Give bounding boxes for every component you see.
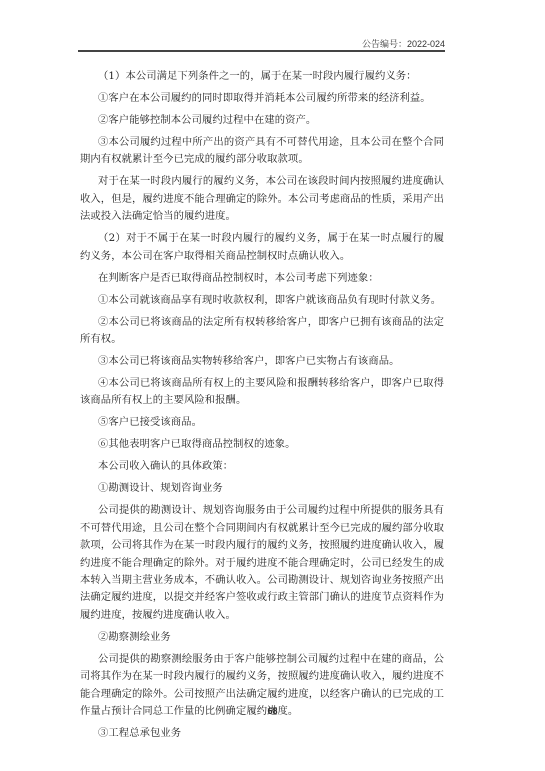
paragraph-item: ①本公司就该商品享有现时收款权利，即客户就该商品负有现时付款义务。 <box>80 292 444 309</box>
paragraph-text: 对于在某一时段内履行的履约义务，本公司在该段时间内按照履约进度确认收入，但是，履… <box>80 173 444 225</box>
paragraph-item: ⑥其他表明客户已取得商品控制权的迹象。 <box>80 436 444 453</box>
paragraph-text: 在判断客户是否已取得商品控制权时，本公司考虑下列迹象： <box>80 270 444 287</box>
page-number: 68 <box>0 706 545 716</box>
paragraph-item: ②本公司已将该商品的法定所有权转移给客户，即客户已拥有该商品的法定所有权。 <box>80 314 444 349</box>
section-heading: ①勘测设计、规划咨询业务 <box>80 480 444 497</box>
paragraph-text: 公司提供的勘测设计、规划咨询服务由于公司履约过程中所提供的服务具有不可替代用途，… <box>80 502 444 624</box>
paragraph-item: ③本公司已将该商品实物转移给客户，即客户已实物占有该商品。 <box>80 353 444 370</box>
document-number-header: 公告编号：2022-024 <box>78 37 445 50</box>
paragraph-item: ⑤客户已接受该商品。 <box>80 414 444 431</box>
paragraph-text: 本公司收入确认的具体政策： <box>80 458 444 475</box>
paragraph-condition-2: （2）对于不属于在某一时段内履行的履约义务，属于在某一时点履行的履约义务，本公司… <box>80 230 444 265</box>
paragraph-item: ②客户能够控制本公司履约过程中在建的资产。 <box>80 112 444 129</box>
section-heading: ③工程总承包业务 <box>80 725 444 742</box>
paragraph-item: ③本公司履约过程中所产出的资产具有不可替代用途，且本公司在整个合同期内有权就累计… <box>80 134 444 169</box>
paragraph-condition-1: （1）本公司满足下列条件之一的，属于在某一时段内履行履约义务： <box>80 68 444 85</box>
paragraph-item: ④本公司已将该商品所有权上的主要风险和报酬转移给客户，即客户已取得该商品所有权上… <box>80 375 444 410</box>
header-rule <box>78 50 445 52</box>
section-heading: ②勘察测绘业务 <box>80 629 444 646</box>
document-body: （1）本公司满足下列条件之一的，属于在某一时段内履行履约义务： ①客户在本公司履… <box>80 68 444 747</box>
paragraph-item: ①客户在本公司履约的同时即取得并消耗本公司履约所带来的经济利益。 <box>80 90 444 107</box>
